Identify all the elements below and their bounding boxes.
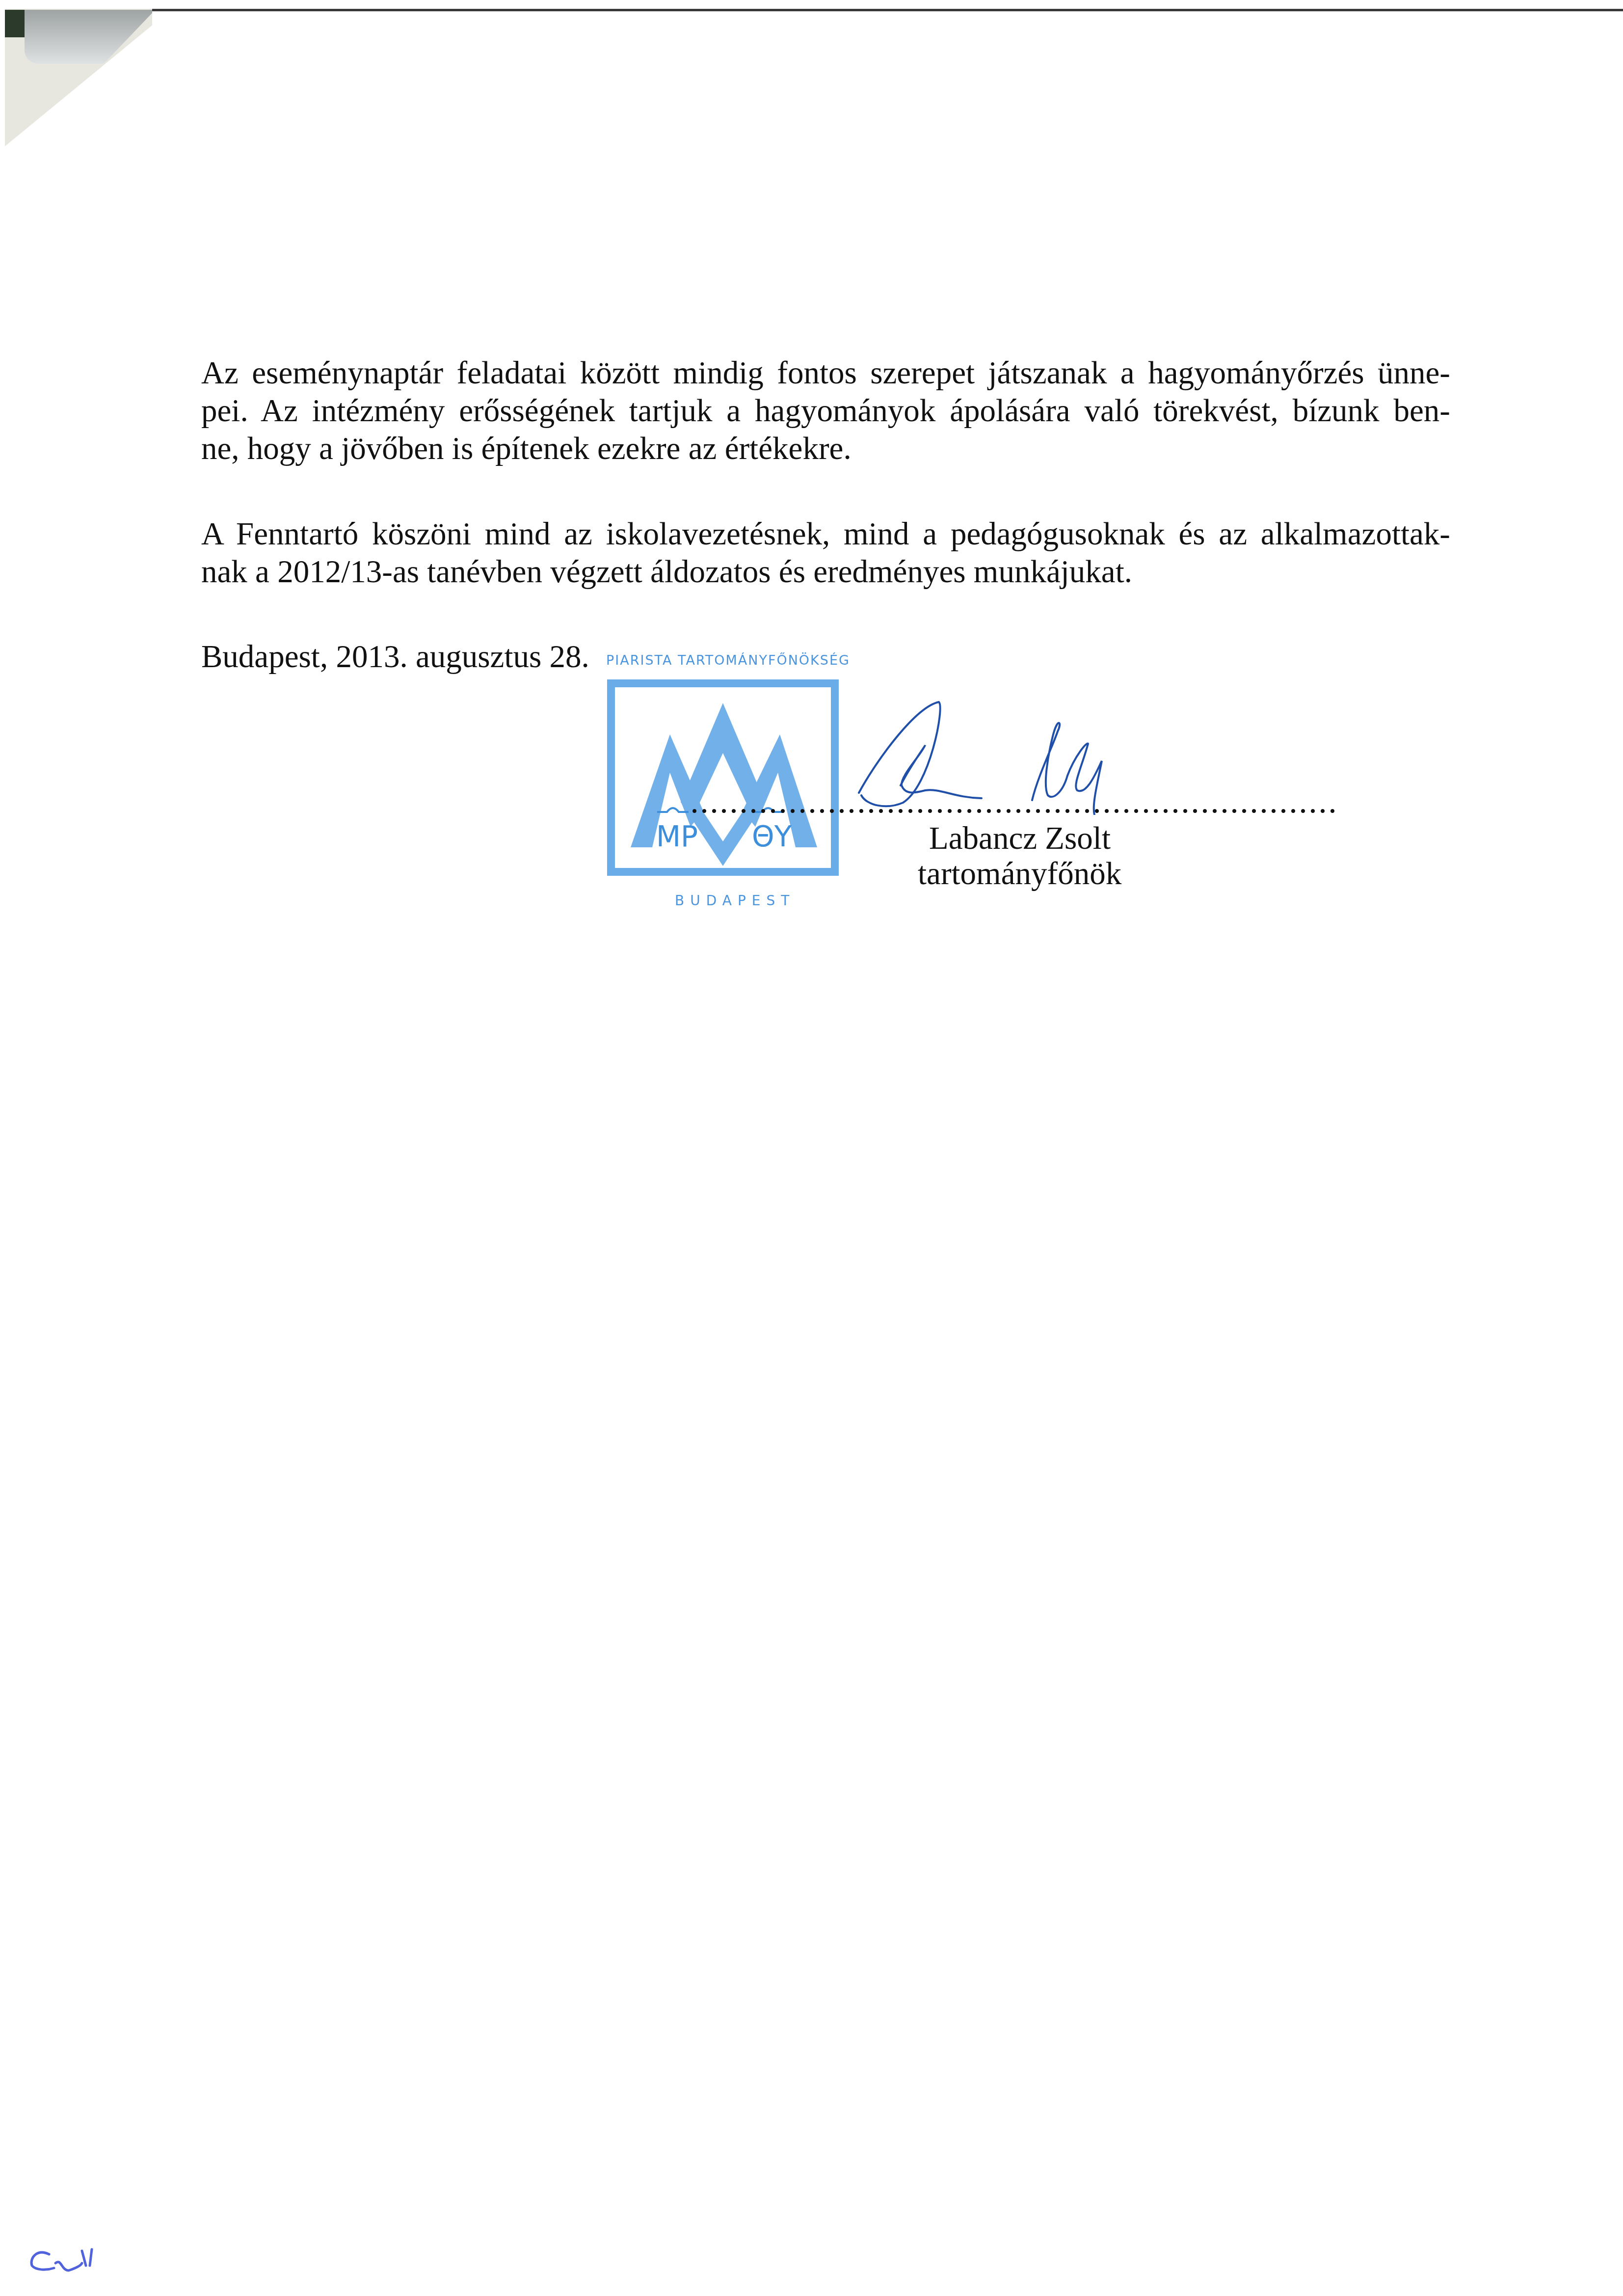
handwritten-initials-icon: [27, 2243, 101, 2283]
svg-text:MP: MP: [656, 820, 698, 853]
text-line: Az eseménynaptár feladatai között mindig…: [201, 354, 1450, 392]
scan-top-edge: [152, 9, 1623, 11]
signer-title: tartományfőnök: [918, 855, 1121, 893]
signer-name: Labancz Zsolt: [929, 820, 1111, 858]
date-line: Budapest, 2013. augusztus 28.: [201, 638, 589, 676]
paragraph-thanks: A Fenntartó köszöni mind az iskolavezeté…: [201, 515, 1450, 591]
text-line: A Fenntartó köszöni mind az iskolavezeté…: [201, 515, 1450, 553]
text-line: pei. Az intézmény erősségének tartjuk a …: [201, 392, 1450, 430]
paragraph-traditions: Az eseménynaptár feladatai között mindig…: [201, 354, 1450, 468]
stamp-bottom-text: BUDAPEST: [675, 892, 795, 909]
scan-corner-dark-patch: [5, 10, 25, 37]
stamp-logo-icon: MP ΘΥ: [607, 679, 839, 876]
svg-text:ΘΥ: ΘΥ: [752, 820, 792, 853]
official-stamp: PIARISTA TARTOMÁNYFŐNÖKSÉG MP ΘΥ BUDAPES…: [601, 647, 856, 922]
stamp-top-text: PIARISTA TARTOMÁNYFŐNÖKSÉG: [606, 653, 851, 668]
handwritten-signature-icon: [856, 687, 1151, 815]
signature-dotted-line: [690, 808, 1338, 814]
text-line: ne, hogy a jövőben is építenek ezekre az…: [201, 430, 1450, 468]
text-line: nak a 2012/13-as tanévben végzett áldoza…: [201, 553, 1450, 591]
